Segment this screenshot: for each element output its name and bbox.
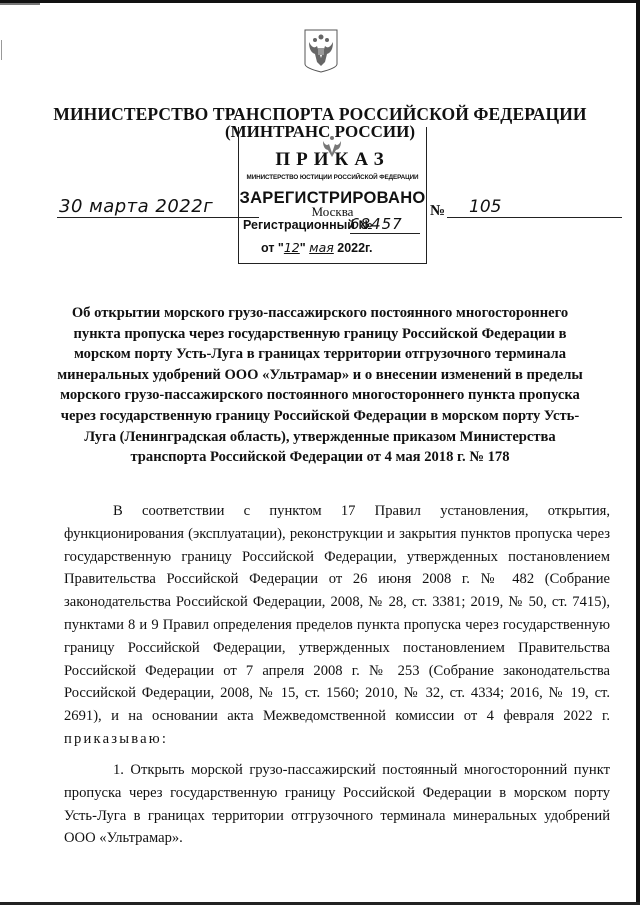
stamp-day: 12 [284,240,300,255]
stamp-reg-number: 68457 [350,215,420,234]
stamp-date-mid: " [300,241,309,255]
preamble-paragraph: В соответствии с пунктом 17 Правил устан… [64,500,610,751]
order-date: 30 марта 2022г [57,196,259,218]
registration-stamp: ПРИКАЗ МИНИСТЕРСТВО ЮСТИЦИИ РОССИЙСКОЙ Ф… [238,127,427,264]
preamble-text: В соответствии с пунктом 17 Правил устан… [64,503,610,724]
scan-edge-left [1,40,2,60]
coat-of-arms-icon [303,28,339,74]
order-number: 105 [447,197,622,218]
scan-edge-top [0,0,640,3]
document-type: ПРИКАЗ [239,149,426,171]
stamp-reg-date: от "12" мая 2022г. [261,240,373,255]
stamp-date-prefix: от " [261,241,284,255]
stamp-month: мая [309,240,334,255]
order-number-sign: № [430,203,445,220]
order-title: Об открытии морского грузо-пассажирского… [50,303,590,468]
stamp-ministry: МИНИСТЕРСТВО ЮСТИЦИИ РОССИЙСКОЙ ФЕДЕРАЦИ… [239,174,426,181]
stamp-year: 2022г. [334,241,373,255]
scan-edge-mark [0,3,40,5]
order-word: приказываю: [64,731,168,747]
order-item-1: 1. Открыть морской грузо-пассажирский по… [64,759,610,850]
